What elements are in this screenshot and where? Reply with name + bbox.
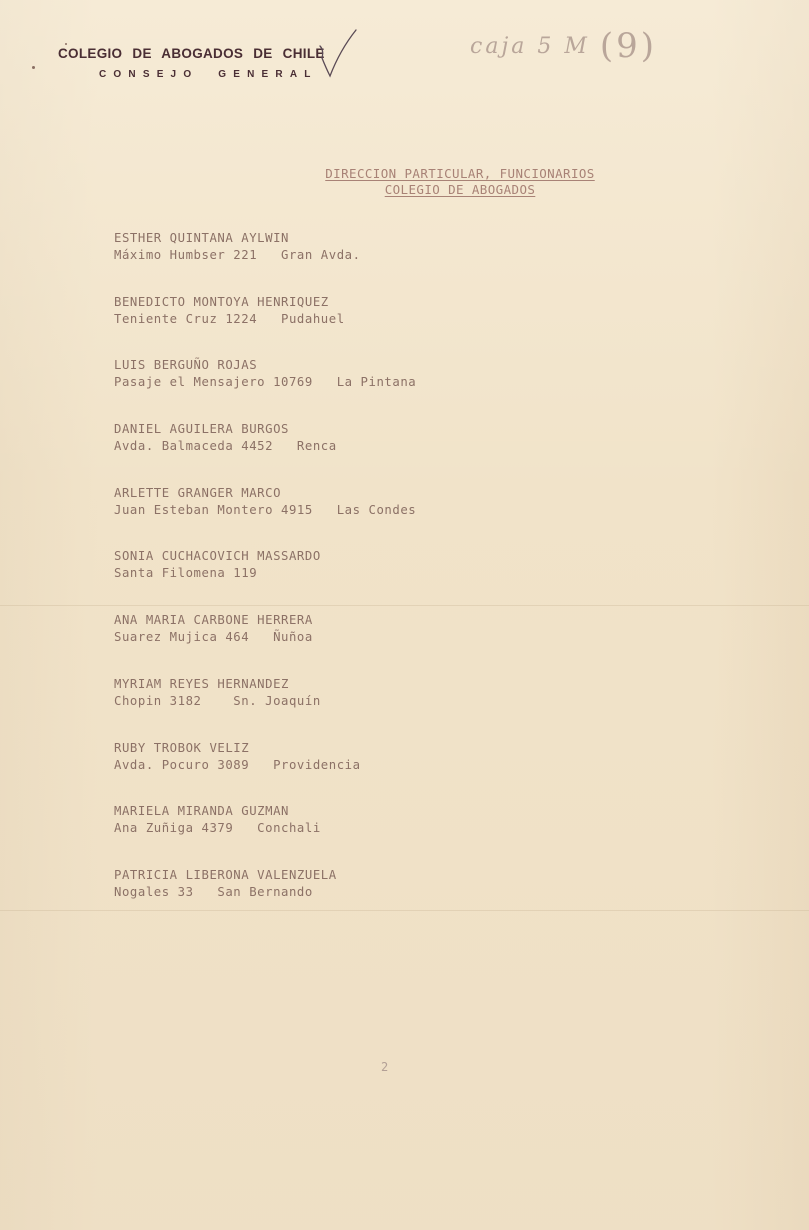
handwritten-archive-note: caja 5 M (9)	[470, 22, 657, 62]
employee-name: BENEDICTO MONTOYA HENRIQUEZ	[114, 294, 416, 311]
handwritten-note-number: 9	[616, 26, 641, 66]
employee-address: Juan Esteban Montero 4915 Las Condes	[114, 502, 416, 519]
list-item: SONIA CUCHACOVICH MASSARDOSanta Filomena…	[114, 548, 416, 612]
employee-address: Santa Filomena 119	[114, 565, 416, 582]
ink-speck	[65, 43, 67, 45]
employee-address: Nogales 33 San Bernando	[114, 884, 416, 901]
employee-name: DANIEL AGUILERA BURGOS	[114, 421, 416, 438]
list-item: PATRICIA LIBERONA VALENZUELANogales 33 S…	[114, 867, 416, 931]
list-item: MYRIAM REYES HERNANDEZChopin 3182 Sn. Jo…	[114, 676, 416, 740]
employee-address: Teniente Cruz 1224 Pudahuel	[114, 311, 416, 328]
employee-name: MYRIAM REYES HERNANDEZ	[114, 676, 416, 693]
employee-address: Ana Zuñiga 4379 Conchali	[114, 820, 416, 837]
list-item: RUBY TROBOK VELIZAvda. Pocuro 3089 Provi…	[114, 740, 416, 804]
employee-address: Chopin 3182 Sn. Joaquín	[114, 693, 416, 710]
employee-name: LUIS BERGUÑO ROJAS	[114, 357, 416, 374]
employee-name: ESTHER QUINTANA AYLWIN	[114, 230, 416, 247]
list-item: ANA MARIA CARBONE HERRERASuarez Mujica 4…	[114, 612, 416, 676]
letterhead-title: COLEGIO DE ABOGADOS DE CHILE	[58, 46, 325, 61]
employee-address: Máximo Humbser 221 Gran Avda.	[114, 247, 416, 264]
page-number: 2	[381, 1060, 388, 1074]
employee-address: Avda. Balmaceda 4452 Renca	[114, 438, 416, 455]
employee-name: RUBY TROBOK VELIZ	[114, 740, 416, 757]
handwritten-note-text: caja 5 M	[470, 34, 590, 59]
employee-name: ANA MARIA CARBONE HERRERA	[114, 612, 416, 629]
list-item: DANIEL AGUILERA BURGOSAvda. Balmaceda 44…	[114, 421, 416, 485]
checkmark-icon	[318, 28, 358, 80]
list-item: MARIELA MIRANDA GUZMANAna Zuñiga 4379 Co…	[114, 803, 416, 867]
employee-name: PATRICIA LIBERONA VALENZUELA	[114, 867, 416, 884]
document-title-line-2: COLEGIO DE ABOGADOS	[250, 182, 670, 197]
employee-address: Avda. Pocuro 3089 Providencia	[114, 757, 416, 774]
ink-speck	[32, 66, 35, 69]
list-item: BENEDICTO MONTOYA HENRIQUEZTeniente Cruz…	[114, 294, 416, 358]
employee-name: SONIA CUCHACOVICH MASSARDO	[114, 548, 416, 565]
document-title-line-1: DIRECCION PARTICULAR, FUNCIONARIOS	[250, 166, 670, 181]
employee-address: Pasaje el Mensajero 10769 La Pintana	[114, 374, 416, 391]
list-item: LUIS BERGUÑO ROJASPasaje el Mensajero 10…	[114, 357, 416, 421]
employee-address: Suarez Mujica 464 Ñuñoa	[114, 629, 416, 646]
list-item: ESTHER QUINTANA AYLWINMáximo Humbser 221…	[114, 230, 416, 294]
employee-name: ARLETTE GRANGER MARCO	[114, 485, 416, 502]
employee-name: MARIELA MIRANDA GUZMAN	[114, 803, 416, 820]
employee-address-list: ESTHER QUINTANA AYLWINMáximo Humbser 221…	[114, 230, 416, 931]
list-item: ARLETTE GRANGER MARCOJuan Esteban Monter…	[114, 485, 416, 549]
letterhead-subtitle: CONSEJO GENERAL	[99, 69, 318, 80]
